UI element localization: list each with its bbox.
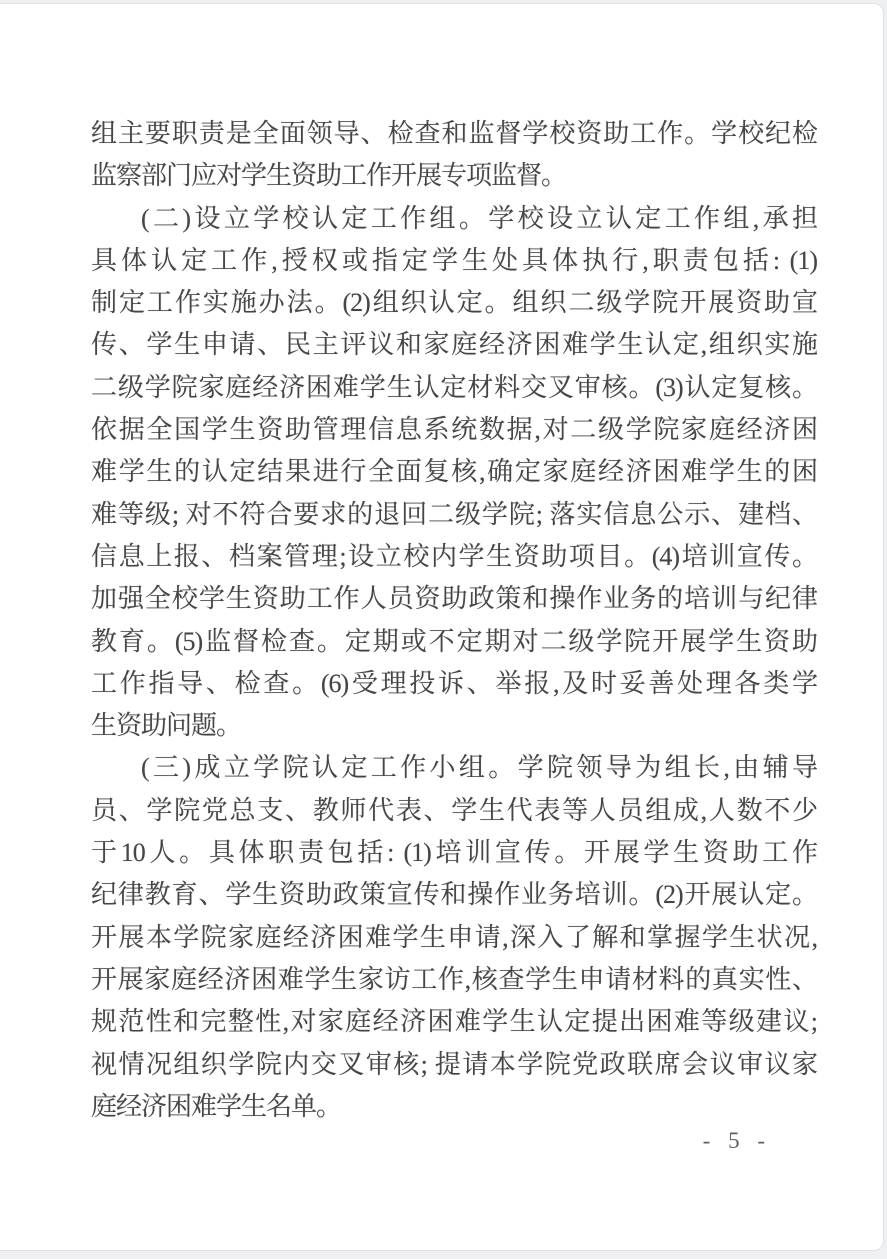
text-line: 加强全校学生资助工作人员资助政策和操作业务的培训与纪律 — [91, 578, 817, 620]
text-line: 生资助问题。 — [91, 705, 817, 747]
text-line: 规范性和完整性,对家庭经济困难学生认定提出困难等级建议; — [91, 1001, 817, 1043]
document-sheet: 组主要职责是全面领导、检查和监督学校资助工作。学校纪检监察部门应对学生资助工作开… — [0, 3, 884, 1251]
text-line: 组主要职责是全面领导、检查和监督学校资助工作。学校纪检 — [91, 113, 817, 155]
text-line: 视情况组织学院内交叉审核; 提请本学院党政联席会议审议家 — [91, 1044, 817, 1086]
text-line: 传、学生申请、民主评议和家庭经济困难学生认定,组织实施 — [91, 324, 817, 366]
text-line: 具体认定工作,授权或指定学生处具体执行,职责包括: (1) — [91, 240, 817, 282]
text-line: 于10人。具体职责包括: (1)培训宣传。开展学生资助工作 — [91, 832, 817, 874]
text-line: 庭经济困难学生名单。 — [91, 1086, 817, 1128]
text-line: 难学生的认定结果进行全面复核,确定家庭经济困难学生的困 — [91, 451, 817, 493]
page-number: - 5 - — [703, 1126, 771, 1156]
text-line: 依据全国学生资助管理信息系统数据,对二级学院家庭经济困 — [91, 409, 817, 451]
text-line: 员、学院党总支、教师代表、学生代表等人员组成,人数不少 — [91, 790, 817, 832]
text-line: 开展家庭经济困难学生家访工作,核查学生申请材料的真实性、 — [91, 959, 817, 1001]
text-line: 二级学院家庭经济困难学生认定材料交叉审核。(3)认定复核。 — [91, 367, 817, 409]
text-line: (二)设立学校认定工作组。学校设立认定工作组,承担 — [91, 198, 817, 240]
text-line: 监察部门应对学生资助工作开展专项监督。 — [91, 155, 817, 197]
document-text: 组主要职责是全面领导、检查和监督学校资助工作。学校纪检监察部门应对学生资助工作开… — [91, 113, 817, 1128]
text-line: 工作指导、检查。(6)受理投诉、举报,及时妥善处理各类学 — [91, 663, 817, 705]
text-line: 制定工作实施办法。(2)组织认定。组织二级学院开展资助宣 — [91, 282, 817, 324]
text-line: 教育。(5)监督检查。定期或不定期对二级学院开展学生资助 — [91, 621, 817, 663]
text-line: 纪律教育、学生资助政策宣传和操作业务培训。(2)开展认定。 — [91, 874, 817, 916]
text-line: (三)成立学院认定工作小组。学院领导为组长,由辅导 — [91, 747, 817, 789]
text-line: 开展本学院家庭经济困难学生申请,深入了解和掌握学生状况, — [91, 917, 817, 959]
text-line: 信息上报、档案管理;设立校内学生资助项目。(4)培训宣传。 — [91, 536, 817, 578]
text-line: 难等级; 对不符合要求的退回二级学院; 落实信息公示、建档、 — [91, 494, 817, 536]
